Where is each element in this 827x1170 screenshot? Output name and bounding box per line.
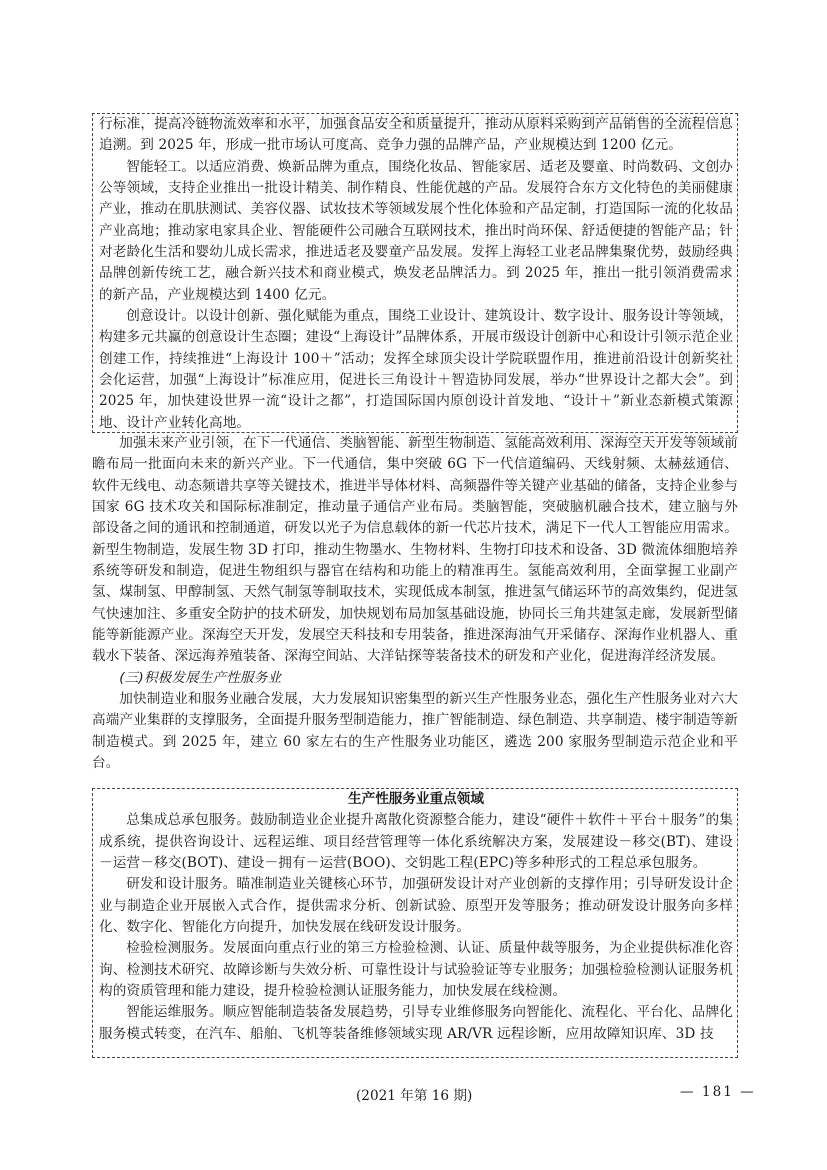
box2-paragraph: 检验检测服务。发展面向重点行业的第三方检验检测、认证、质量仲裁等服务，为企业提供… (99, 938, 733, 1002)
section-heading: (三)积极发展生产性服务业 (92, 668, 738, 689)
page-number: — 181 — (680, 1084, 756, 1100)
main-body: 加强未来产业引领，在下一代通信、类脑智能、新型生物制造、氢能高效利用、深海空天开… (92, 433, 738, 775)
box2-paragraph: 智能运维服务。顺应智能制造装备发展趋势，引导专业维修服务向智能化、流程化、平台化… (99, 1002, 733, 1045)
sidebar-box-services: 生产性服务业重点领域 总集成总承包服务。鼓励制造业企业提升离散化资源整合能力，建… (92, 788, 738, 1058)
box2-paragraph: 总集成总承包服务。鼓励制造业企业提升离散化资源整合能力，建设“硬件＋软件＋平台＋… (99, 810, 733, 874)
box1-paragraph: 创意设计。以设计创新、强化赋能为重点，围绕工业设计、建筑设计、数字设计、服务设计… (99, 306, 733, 434)
future-industry-paragraph: 加强未来产业引领，在下一代通信、类脑智能、新型生物制造、氢能高效利用、深海空天开… (92, 433, 738, 668)
box1-paragraph: 智能轻工。以适应消费、焕新品牌为重点，围绕化妆品、智能家居、适老及婴童、时尚数码… (99, 157, 733, 306)
box-title: 生产性服务业重点领域 (99, 789, 733, 810)
issue-label: (2021 年第 16 期) (356, 1084, 472, 1104)
sidebar-box-industries: 行标准，提高冷链物流效率和水平，加强食品安全和质量提升，推动从原料采购到产品销售… (92, 113, 738, 433)
box2-paragraph: 研发和设计服务。瞄准制造业关键核心环节，加强研发设计对产业创新的支撑作用；引导研… (99, 874, 733, 938)
page-content: 行标准，提高冷链物流效率和水平，加强食品安全和质量提升，推动从原料采购到产品销售… (92, 113, 738, 775)
services-paragraph: 加快制造业和服务业融合发展，大力发展知识密集型的新兴生产性服务业态，强化生产性服… (92, 689, 738, 774)
box1-paragraph: 行标准，提高冷链物流效率和水平，加强食品安全和质量提升，推动从原料采购到产品销售… (99, 114, 733, 157)
